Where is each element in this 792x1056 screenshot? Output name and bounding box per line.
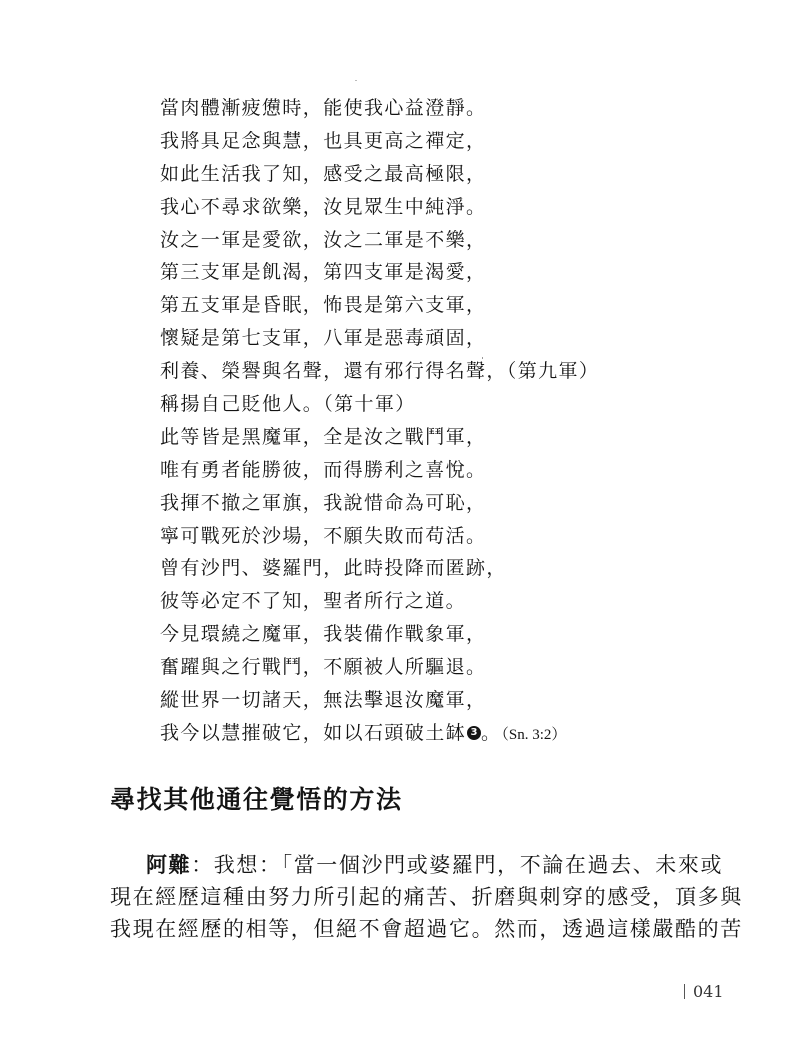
book-page: 當肉體漸疲憊時，能使我心益澄靜。 我將具足念與慧，也具更高之禪定， 如此生活我了… bbox=[0, 0, 792, 1056]
section-heading: 尋找其他通往覺悟的方法 bbox=[110, 783, 403, 817]
verse-line: 稱揚自己貶他人。（第十軍） bbox=[160, 392, 599, 425]
verse-line: 我心不尋求欲樂，汝見眾生中純淨。 bbox=[160, 195, 599, 228]
speaker-name: 阿難 bbox=[146, 852, 191, 877]
verse-line: 唯有勇者能勝彼，而得勝利之喜悅。 bbox=[160, 458, 599, 491]
page-number: 041 bbox=[684, 982, 724, 1001]
verse-line: 奮躍與之行戰鬥，不願被人所驅退。 bbox=[160, 655, 599, 688]
verse-line: 今見環繞之魔軍，我裝備作戰象軍， bbox=[160, 622, 599, 655]
verse-line: 利養、榮譽與名聲，還有邪行得名聲，（第九軍） bbox=[160, 359, 599, 392]
verse-line: 我將具足念與慧，也具更高之禪定， bbox=[160, 129, 599, 162]
verse-text: 我今以慧摧破它，如以石頭破土缽 bbox=[160, 722, 466, 744]
body-text: ：我想：「當一個沙門或婆羅門，不論在過去、未來或 bbox=[191, 853, 723, 877]
verse-line: 汝之一軍是愛欲，汝之二軍是不樂， bbox=[160, 228, 599, 261]
verse-line: 當肉體漸疲憊時，能使我心益澄靜。 bbox=[160, 96, 599, 129]
verse-line: 曾有沙門、婆羅門，此時投降而匿跡， bbox=[160, 556, 599, 589]
verse-end-punctuation: 。 bbox=[481, 722, 501, 744]
verse-line: 如此生活我了知，感受之最高極限， bbox=[160, 162, 599, 195]
body-line: 我現在經歷的相等，但絕不會超過它。然而，透過這樣嚴酷的苦 bbox=[110, 913, 690, 945]
verse-line: 第三支軍是飢渴，第四支軍是渴愛， bbox=[160, 260, 599, 293]
verse-line: 縱世界一切諸天，無法擊退汝魔軍， bbox=[160, 688, 599, 721]
page-number-divider bbox=[684, 984, 685, 999]
body-line: 現在經歷這種由努力所引起的痛苦、折磨與刺穿的感受，頂多與 bbox=[110, 881, 690, 913]
verse-line: 彼等必定不了知，聖者所行之道。 bbox=[160, 589, 599, 622]
verse-line: 我揮不撤之軍旗，我說惜命為可恥， bbox=[160, 491, 599, 524]
verse-line-last: 我今以慧摧破它，如以石頭破土缽3。（Sn. 3:2） bbox=[160, 721, 599, 754]
verse-line: 懷疑是第七支軍，八軍是惡毒頑固， bbox=[160, 326, 599, 359]
verse-line: 寧可戰死於沙場，不願失敗而苟活。 bbox=[160, 524, 599, 557]
verse-block: 當肉體漸疲憊時，能使我心益澄靜。 我將具足念與慧，也具更高之禪定， 如此生活我了… bbox=[160, 96, 599, 754]
body-paragraph: 阿難：我想：「當一個沙門或婆羅門，不論在過去、未來或 現在經歷這種由努力所引起的… bbox=[110, 849, 690, 945]
scan-artifact bbox=[355, 80, 357, 81]
page-number-value: 041 bbox=[693, 982, 724, 1001]
verse-line: 此等皆是黑魔軍，全是汝之戰鬥軍， bbox=[160, 425, 599, 458]
body-line: 阿難：我想：「當一個沙門或婆羅門，不論在過去、未來或 bbox=[110, 849, 690, 881]
verse-line: 第五支軍是昏眠，怖畏是第六支軍， bbox=[160, 293, 599, 326]
footnote-marker-icon[interactable]: 3 bbox=[467, 726, 481, 740]
sutta-citation: （Sn. 3:2） bbox=[501, 727, 566, 743]
